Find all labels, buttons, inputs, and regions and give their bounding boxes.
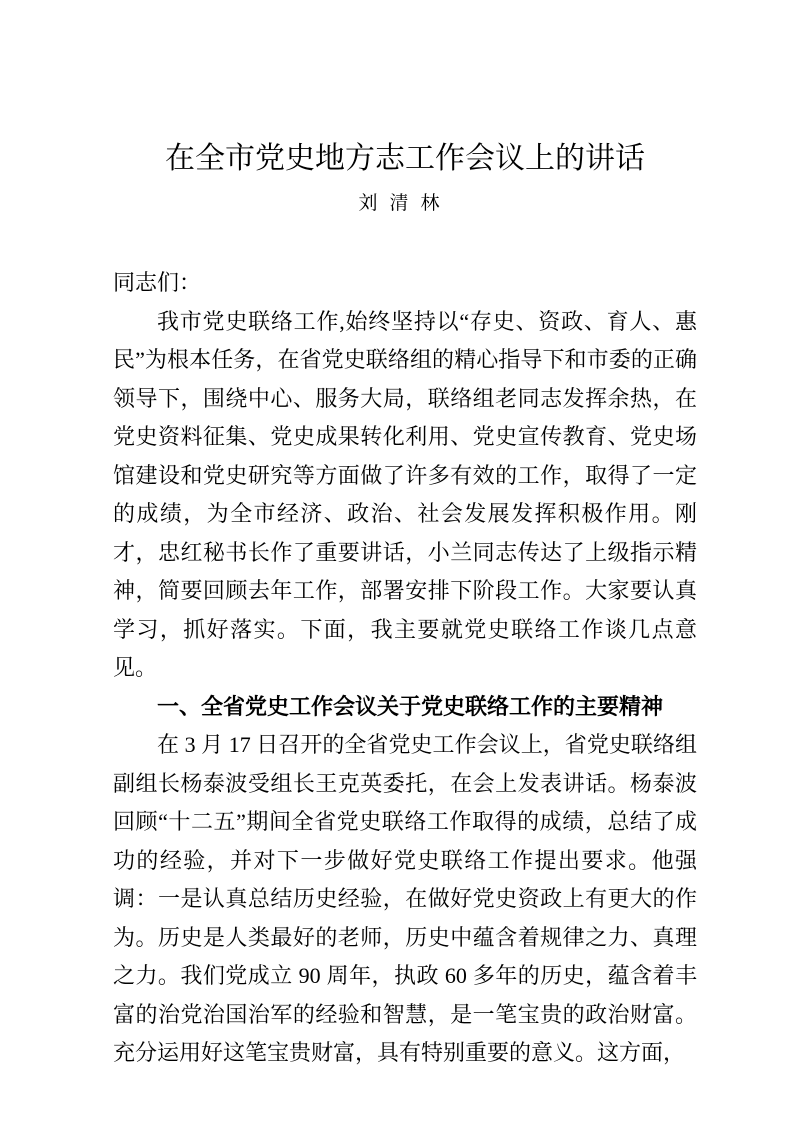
document-body: 同志们： 我市党史联络工作,始终坚持以“存史、资政、育人、惠民”为根本任务，在省… (113, 264, 697, 1073)
paragraph: 在 3 月 17 日召开的全省党史工作会议上，省党史联络组副组长杨泰波受组长王克… (113, 726, 697, 1073)
section-heading: 一、全省党史工作会议关于党史联络工作的主要精神 (113, 688, 697, 727)
author-name: 刘清林 (113, 188, 697, 220)
paragraph: 我市党史联络工作,始终坚持以“存史、资政、育人、惠民”为根本任务，在省党史联络组… (113, 303, 697, 688)
salutation: 同志们： (113, 264, 697, 303)
document-title: 在全市党史地方志工作会议上的讲话 (113, 137, 697, 181)
document-page: 在全市党史地方志工作会议上的讲话 刘清林 同志们： 我市党史联络工作,始终坚持以… (0, 0, 793, 1122)
